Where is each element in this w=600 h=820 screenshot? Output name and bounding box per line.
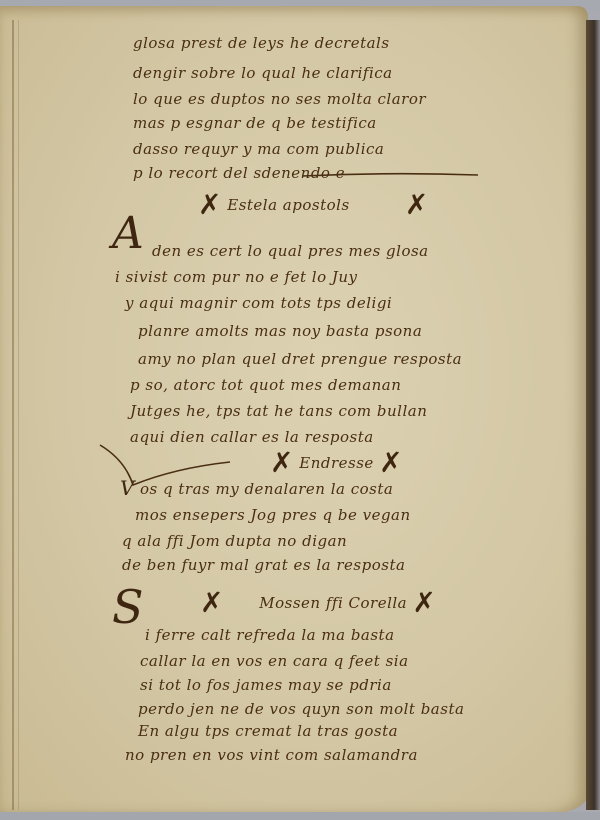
heading-text: Estela apostols bbox=[227, 196, 349, 214]
text-line: En algu tps cremat la tras gosta bbox=[138, 722, 398, 740]
text-line: no pren en vos vint com salamandra bbox=[125, 746, 418, 764]
book-edge bbox=[586, 20, 600, 810]
section-heading: ✗ Endresse ✗ bbox=[270, 446, 403, 479]
text-line: q ala ffi Jom dupta no digan bbox=[122, 532, 347, 550]
text-line: dasso requyr y ma com publica bbox=[133, 140, 384, 158]
text-line: si tot lo fos james may se pdria bbox=[140, 676, 392, 694]
text-line: lo que es duptos no ses molta claror bbox=[133, 90, 426, 108]
text-line: Jutges he, tps tat he tans com bullan bbox=[130, 402, 427, 420]
text-line: callar la en vos en cara q feet sia bbox=[140, 652, 409, 670]
cross-mark-icon: ✗ bbox=[405, 188, 429, 221]
cross-mark-icon: ✗ bbox=[200, 586, 224, 619]
text-line: i sivist com pur no e fet lo Juy bbox=[115, 268, 358, 286]
text-line: amy no plan quel dret prengue resposta bbox=[138, 350, 462, 368]
underline-flourish bbox=[300, 170, 480, 180]
cross-mark-icon: ✗ bbox=[198, 188, 222, 221]
text-line: mas p esgnar de q be testifica bbox=[133, 114, 377, 132]
page-gutter bbox=[12, 20, 19, 810]
decorated-initial: A bbox=[112, 208, 144, 259]
text-line: i ferre calt refreda la ma basta bbox=[145, 626, 395, 644]
text-line: p so, atorc tot quot mes demanan bbox=[130, 376, 401, 394]
text-line: os q tras my denalaren la costa bbox=[140, 480, 393, 498]
cross-mark-icon: ✗ bbox=[412, 586, 436, 619]
heading-text: Mossen ffi Corella bbox=[259, 594, 407, 612]
text-line: den es cert lo qual pres mes glosa bbox=[152, 242, 429, 260]
cross-mark-icon: ✗ bbox=[270, 446, 294, 479]
photo-backdrop-bottom bbox=[0, 812, 600, 820]
decorated-initial: V bbox=[120, 476, 134, 500]
cross-mark-icon: ✗ bbox=[379, 446, 403, 479]
text-line: planre amolts mas noy basta psona bbox=[138, 322, 422, 340]
text-line: mos ensepers Jog pres q be vegan bbox=[135, 506, 411, 524]
text-line: y aqui magnir com tots tps deligi bbox=[125, 294, 392, 312]
text-line: perdo jen ne de vos quyn son molt basta bbox=[138, 700, 464, 718]
heading-text: Endresse bbox=[299, 454, 374, 472]
section-heading: ✗ Mossen ffi Corella ✗ bbox=[200, 586, 436, 619]
text-line: dengir sobre lo qual he clarifica bbox=[133, 64, 393, 82]
decorated-initial: S bbox=[112, 580, 144, 634]
text-line: glosa prest de leys he decretals bbox=[133, 34, 390, 52]
text-line: de ben fuyr mal grat es la resposta bbox=[122, 556, 405, 574]
section-heading: ✗ Estela apostols ✗ bbox=[198, 188, 429, 221]
